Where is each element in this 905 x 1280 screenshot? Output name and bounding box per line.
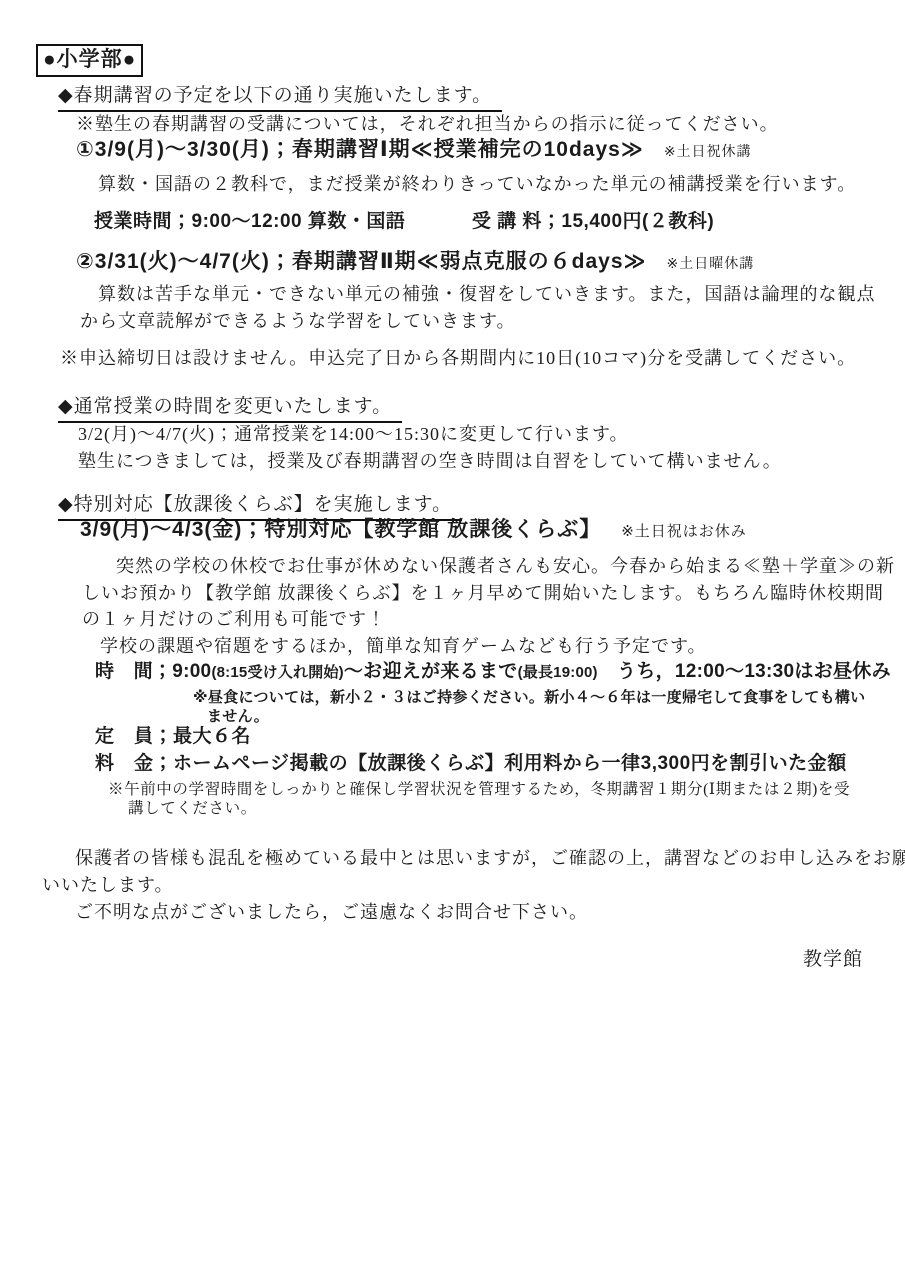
page-title: ●小学部● xyxy=(36,44,143,77)
course2-description-line1: 算数は苦手な単元・できない単元の補強・復習をしていきます。また，国語は論理的な観… xyxy=(98,283,876,306)
club-fee-note-line1: ※午前中の学習時間をしっかりと確保し学習状況を管理するため，冬期講習１期分(Ⅰ期… xyxy=(108,780,850,799)
spring-student-note: ※塾生の春期講習の受講については，それぞれ担当からの指示に従ってください。 xyxy=(76,113,779,136)
club-hours-part2: (8:15受け入れ開始) xyxy=(211,664,343,681)
club-hours-part4: (最長19:00) xyxy=(518,664,598,681)
club-fee-note-line2: 講してください。 xyxy=(128,799,257,818)
spring-section-heading-text: ◆春期講習の予定を以下の通り実施いたします。 xyxy=(58,84,502,112)
application-deadline-note: ※申込締切日は設けません。申込完了日から各期間内に10日(10コマ)分を受講して… xyxy=(60,347,856,370)
course1-schedule-line: 授業時間；9:00～12:00 算数・国語 受 講 料；15,400円(２教科) xyxy=(94,210,714,234)
spring-section-heading: ◆春期講習の予定を以下の通り実施いたします。 xyxy=(58,84,502,112)
club-title-line: 3/9(月)～4/3(金)；特別対応【教学館 放課後くらぶ】 ※土日祝はお休み xyxy=(80,517,747,543)
regular-schedule-line: 3/2(月)～4/7(火)；通常授業を14:00～15:30に変更して行います。 xyxy=(78,423,629,446)
club-hours-part3: ～お迎えが来るまで xyxy=(344,661,518,682)
course1-class-time: 授業時間；9:00～12:00 算数・国語 xyxy=(94,211,405,232)
club-title: 3/9(月)～4/3(金)；特別対応【教学館 放課後くらぶ】 xyxy=(80,518,601,541)
club-lunch-note-line1: ※昼食については，新小２・３はご持参ください。新小４～６年は一度帰宅して食事をし… xyxy=(193,689,866,708)
club-hours-part5: うち，12:00～13:30はお昼休み xyxy=(598,661,891,682)
club-lunch-note-line2: ません。 xyxy=(207,708,269,727)
club-description-line4: 学校の課題や宿題をするほか，簡単な知育ゲームなども行う予定です。 xyxy=(100,635,707,658)
club-description-line2: しいお預かり【教学館 放課後くらぶ】を１ヶ月早めて開始いたします。もちろん臨時休… xyxy=(82,582,884,605)
closing-line1: 保護者の皆様も混乱を極めている最中とは思いますが，ご確認の上，講習などのお申し込… xyxy=(75,847,905,870)
club-capacity-line: 定 員；最大６名 xyxy=(95,725,251,749)
course2-description-line2: から文章読解ができるような学習をしていきます。 xyxy=(80,310,516,333)
club-hours-part1: 時 間；9:00 xyxy=(95,661,211,682)
course2-annotation: ※土日曜休講 xyxy=(666,257,754,272)
course1-title: ①3/9(月)～3/30(月)；春期講習Ⅰ期≪授業補完の10days≫ xyxy=(76,138,644,161)
course1-title-line: ①3/9(月)～3/30(月)；春期講習Ⅰ期≪授業補完の10days≫ ※土日祝… xyxy=(76,137,752,163)
course2-title: ②3/31(火)～4/7(火)；春期講習Ⅱ期≪弱点克服の６days≫ xyxy=(76,250,646,273)
signature: 教学館 xyxy=(803,948,863,972)
course1-annotation: ※土日祝休講 xyxy=(664,145,752,160)
closing-line3: ご不明な点がございましたら，ご遠慮なくお問合せ下さい。 xyxy=(75,901,588,924)
document-page: ●小学部● ◆春期講習の予定を以下の通り実施いたします。 ※塾生の春期講習の受講… xyxy=(0,0,905,1280)
regular-selfstudy-line: 塾生につきましては，授業及び春期講習の空き時間は自習をしていて構いません。 xyxy=(78,450,782,473)
regular-section-heading: ◆通常授業の時間を変更いたします。 xyxy=(58,395,402,423)
club-description-line3: の１ヶ月だけのご利用も可能です！ xyxy=(82,608,386,631)
course1-fee: 受 講 料；15,400円(２教科) xyxy=(472,211,714,232)
club-annotation: ※土日祝はお休み xyxy=(621,524,747,540)
regular-section-heading-text: ◆通常授業の時間を変更いたします。 xyxy=(58,395,402,423)
club-fee-line: 料 金；ホームページ掲載の【放課後くらぶ】利用料から一律3,300円を割引いた金… xyxy=(95,752,847,776)
club-description-line1: 突然の学校の休校でお仕事が休めない保護者さんも安心。今春から始まる≪塾＋学童≫の… xyxy=(116,555,895,578)
club-hours-line: 時 間；9:00(8:15受け入れ開始)～お迎えが来るまで(最長19:00) う… xyxy=(95,660,891,684)
closing-line2: いいたします。 xyxy=(42,874,174,897)
course2-title-line: ②3/31(火)～4/7(火)；春期講習Ⅱ期≪弱点克服の６days≫ ※土日曜休… xyxy=(76,249,754,275)
course1-description: 算数・国語の２教科で，まだ授業が終わりきっていなかった単元の補講授業を行います。 xyxy=(98,173,856,196)
